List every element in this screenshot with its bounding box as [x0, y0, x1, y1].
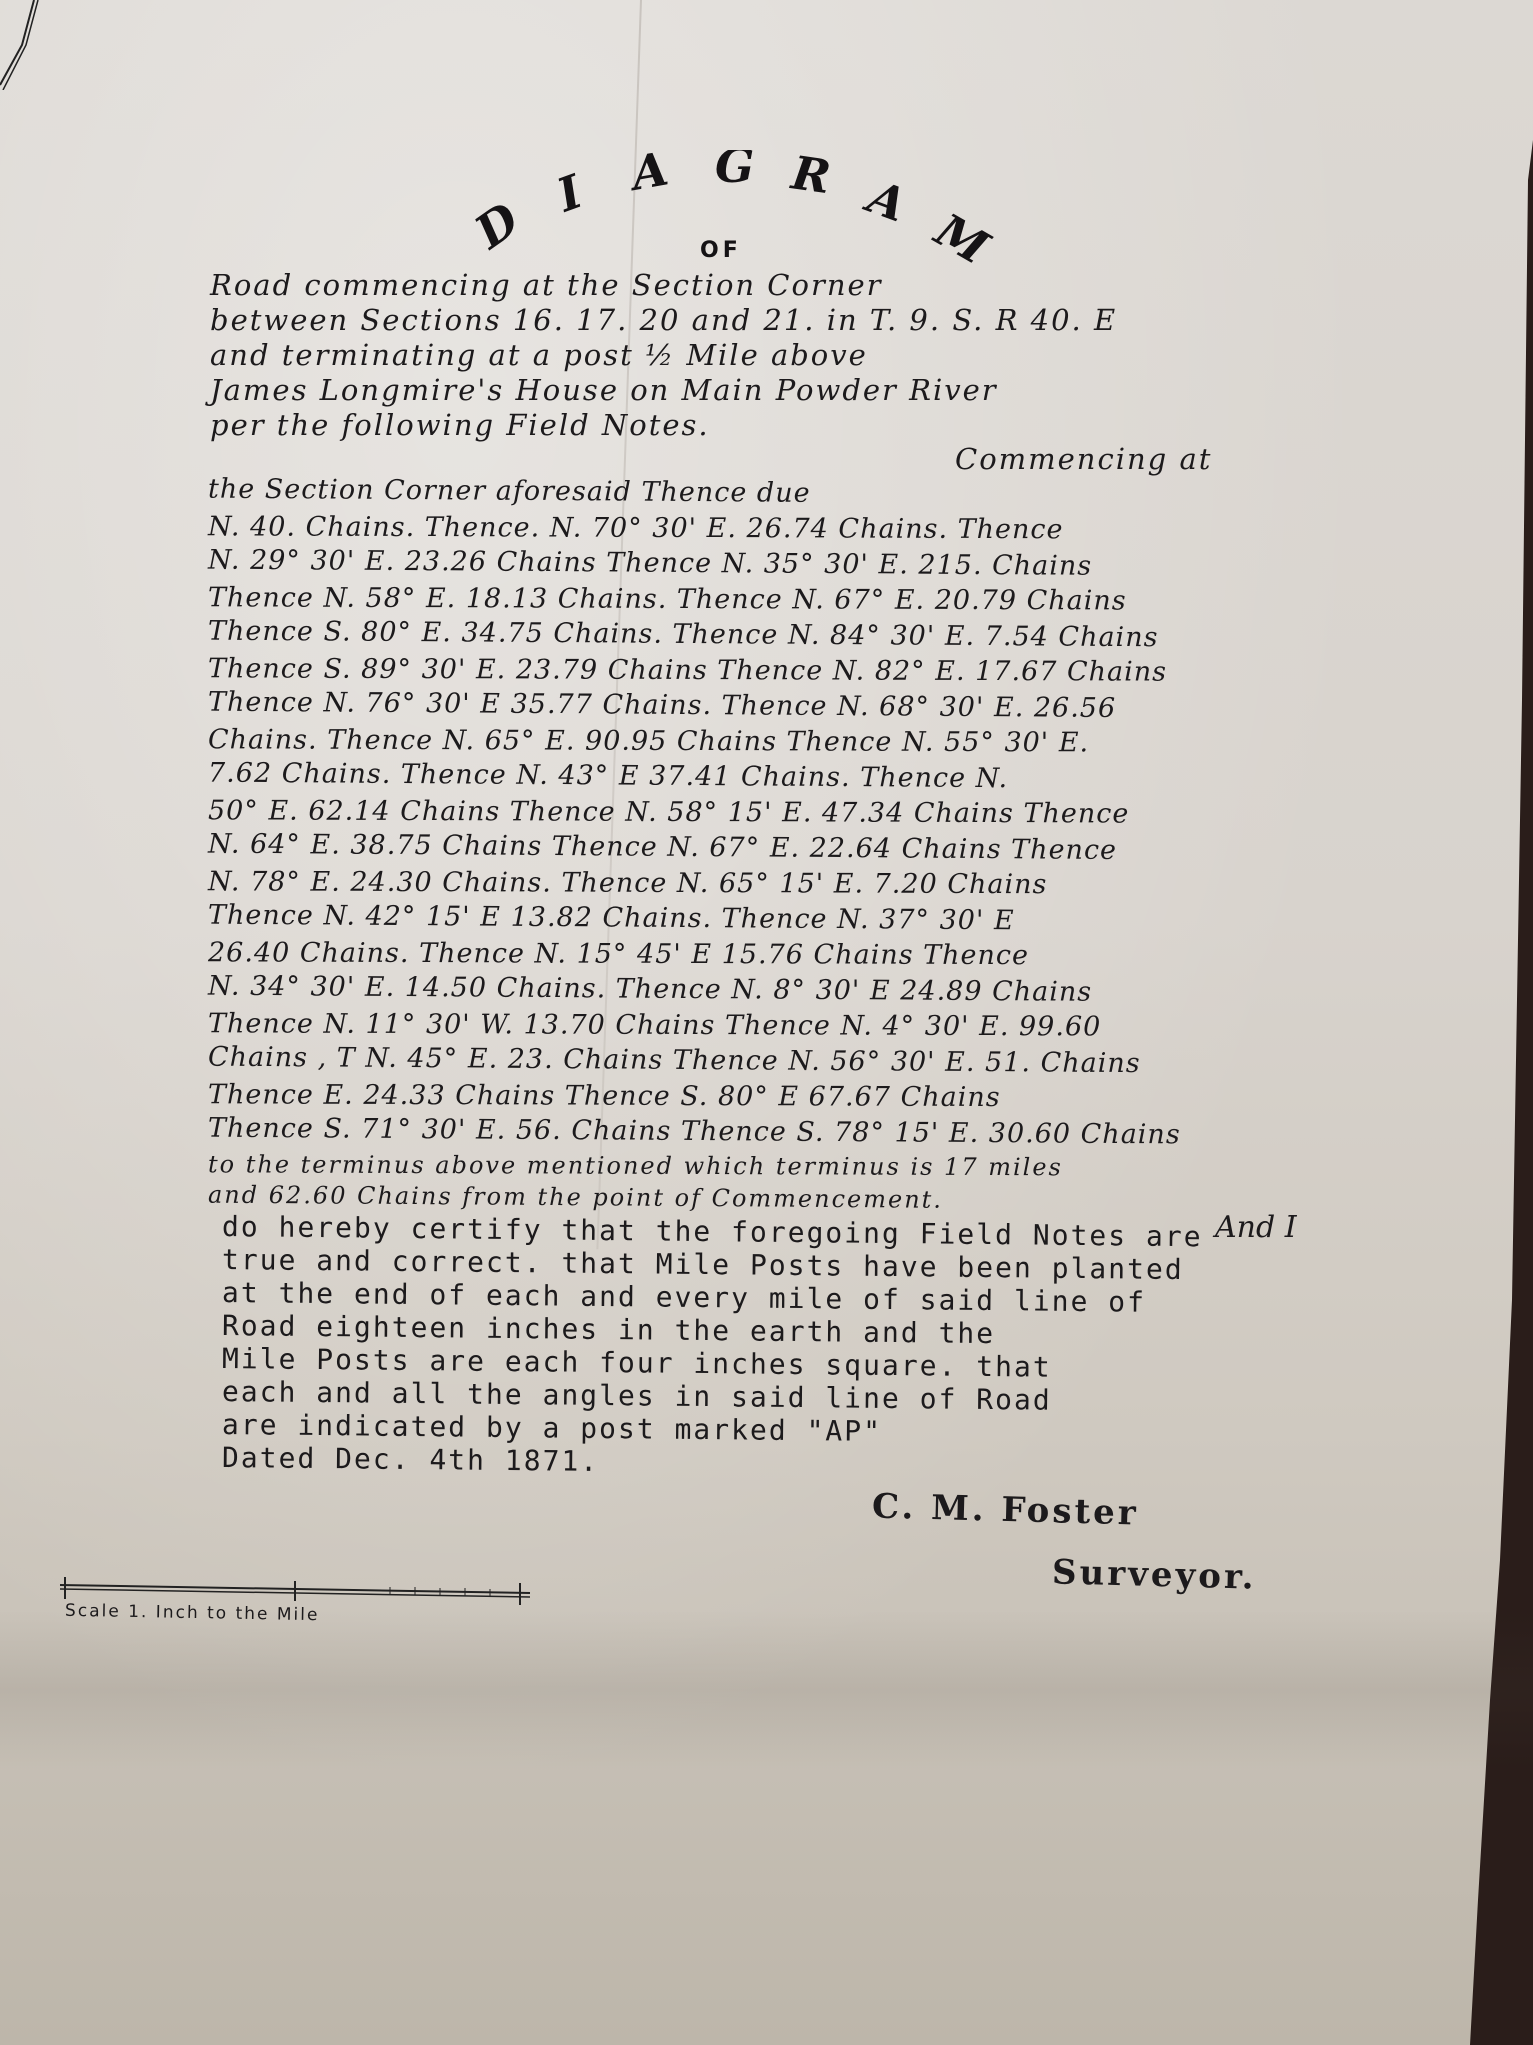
field-note-line: N. 64° E. 38.75 Chains Thence N. 67° E. … [208, 827, 1181, 869]
field-note-line: Thence N. 42° 15' E 13.82 Chains. Thence… [208, 898, 1181, 940]
field-note-line: Thence N. 76° 30' E 35.77 Chains. Thence… [208, 685, 1181, 727]
field-note-line: N. 29° 30' E. 23.26 Chains Thence N. 35°… [208, 543, 1181, 585]
field-note-line: 26.40 Chains. Thence N. 15° 45' E 15.76 … [208, 935, 1181, 974]
field-note-line: 7.62 Chains. Thence N. 43° E 37.41 Chain… [208, 756, 1181, 798]
title-letter: M [925, 202, 1000, 276]
certification-paragraph: do hereby certify that the foregoing Fie… [222, 1210, 1203, 1474]
intro-line: James Longmire's House on Main Powder Ri… [210, 373, 1117, 408]
field-note-line: Thence S. 80° E. 34.75 Chains. Thence N.… [208, 614, 1181, 656]
surveyor-signature: C. M. Foster [872, 1487, 1140, 1534]
intro-line: per the following Field Notes. [210, 408, 1117, 443]
field-notes: the Section Corner aforesaid Thence due … [208, 475, 1181, 1214]
field-note-line: N. 40. Chains. Thence. N. 70° 30' E. 26.… [208, 509, 1181, 548]
field-note-line: Thence E. 24.33 Chains Thence S. 80° E 6… [208, 1077, 1181, 1116]
field-note-line: N. 34° 30' E. 14.50 Chains. Thence N. 8°… [208, 969, 1181, 1011]
intro-paragraph: Road commencing at the Section Corner be… [210, 268, 1117, 443]
map-line-fragment [0, 0, 40, 90]
scale-bar [55, 1575, 535, 1605]
title-letter: R [786, 150, 833, 204]
title-letter: A [624, 150, 672, 202]
paper-fold [0, 1610, 1533, 1770]
title-of: OF [700, 238, 742, 263]
intro-line: between Sections 16. 17. 20 and 21. in T… [210, 303, 1117, 338]
field-note-line: Chains. Thence N. 65° E. 90.95 Chains Th… [208, 722, 1181, 761]
title-letter: I [548, 164, 590, 223]
field-note-line: Thence S. 71° 30' E. 56. Chains Thence S… [208, 1111, 1181, 1153]
and-i-label: And I [1215, 1210, 1297, 1245]
field-note-line: N. 78° E. 24.30 Chains. Thence N. 65° 15… [208, 864, 1181, 903]
surveyor-title: Surveyor. [1052, 1552, 1258, 1597]
field-note-line: Thence S. 89° 30' E. 23.79 Chains Thence… [208, 651, 1181, 690]
title-letter: D [470, 192, 529, 260]
field-note-line: Thence N. 11° 30' W. 13.70 Chains Thence… [208, 1006, 1181, 1045]
field-note-line: Chains , T N. 45° E. 23. Chains Thence N… [208, 1040, 1181, 1082]
title-letter: G [715, 150, 754, 193]
terminus-line: to the terminus above mentioned which te… [208, 1148, 1181, 1183]
field-note-line: the Section Corner aforesaid Thence due [208, 472, 1181, 514]
intro-line: Road commencing at the Section Corner [210, 268, 1117, 303]
commencing-label: Commencing at [955, 442, 1212, 477]
field-note-line: 50° E. 62.14 Chains Thence N. 58° 15' E.… [208, 793, 1181, 832]
field-note-line: Thence N. 58° E. 18.13 Chains. Thence N.… [208, 580, 1181, 619]
intro-line: and terminating at a post ½ Mile above [210, 338, 1117, 373]
title-letter: A [857, 168, 913, 232]
